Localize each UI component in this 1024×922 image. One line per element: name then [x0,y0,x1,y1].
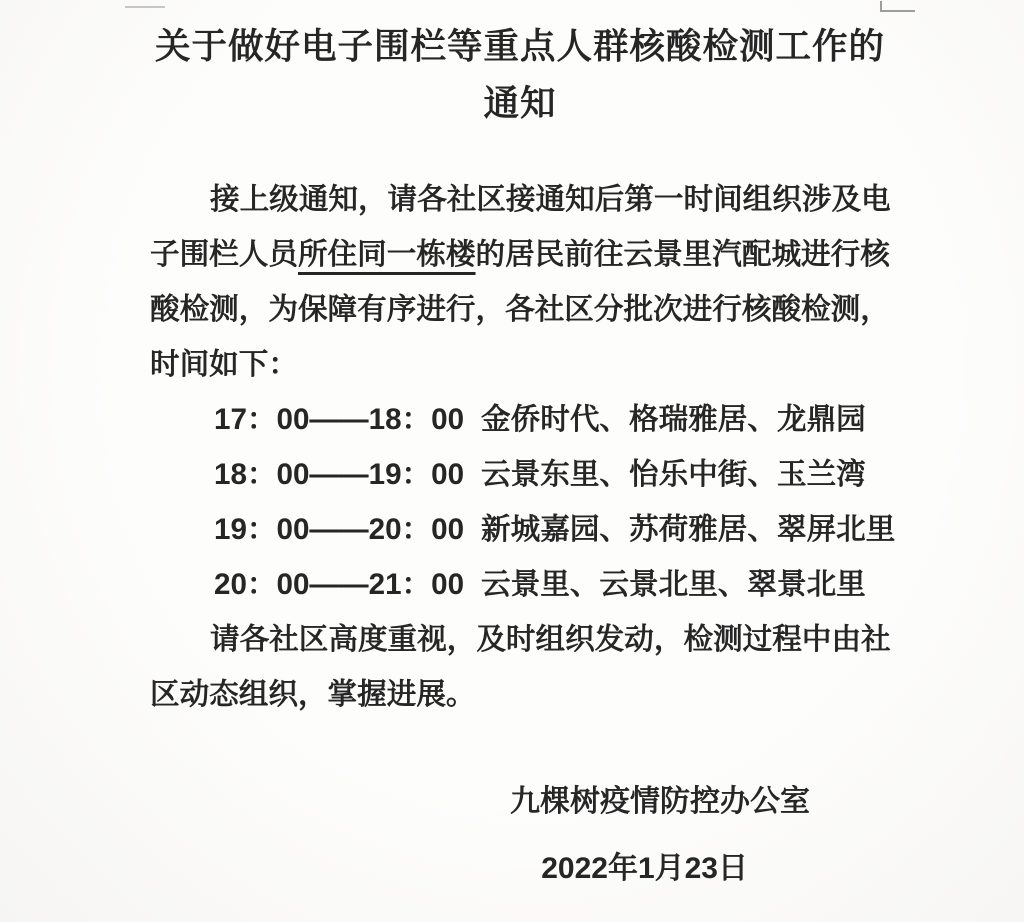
schedule-time: 20：00——21：00 [214,568,464,601]
signature: 九棵树疫情防控办公室 [0,774,1024,829]
schedule-time: 19：00——20：00 [214,513,464,546]
paragraph1-line2-post: 的居民前往云景里汽配城进行核 [476,238,890,271]
notice-title-line1: 关于做好电子围栏等重点人群核酸检测工作的 [150,18,890,75]
notice-title-line2: 通知 [150,75,890,132]
paragraph1-line2: 子围栏人员所住同一栋楼的居民前往云景里汽配城进行核 [150,227,890,282]
underlined-phrase: 所住同一栋楼 [298,238,476,271]
page-boundary-mark-top-right-icon [880,1,915,12]
schedule-row: 18：00——19：00云景东里、怡乐中街、玉兰湾 [150,447,890,502]
schedule-places: 新城嘉园、苏荷雅居、翠屏北里 [481,513,895,546]
schedule-row: 17：00——18：00金侨时代、格瑞雅居、龙鼎园 [150,392,890,447]
schedule-places: 金侨时代、格瑞雅居、龙鼎园 [481,403,866,436]
paragraph1-line4: 时间如下： [150,337,890,392]
schedule-places: 云景里、云景北里、翠景北里 [481,568,866,601]
paragraph2-line1: 请各社区高度重视，及时组织发动，检测过程中由社 [150,612,890,667]
schedule-time: 18：00——19：00 [214,458,464,491]
schedule-row: 20：00——21：00云景里、云景北里、翠景北里 [150,557,890,612]
paragraph1-line2-pre: 子围栏人员 [150,238,298,271]
schedule-row: 19：00——20：00新城嘉园、苏荷雅居、翠屏北里 [150,502,890,557]
paragraph1-line1: 接上级通知，请各社区接通知后第一时间组织涉及电 [150,172,890,227]
date: 2022年1月23日 [0,841,1024,896]
paragraph2-line2: 区动态组织，掌握进展。 [150,667,890,722]
notice-title: 关于做好电子围栏等重点人群核酸检测工作的 通知 [150,18,890,132]
paragraph1-line3: 酸检测，为保障有序进行，各社区分批次进行核酸检测， [150,282,890,337]
schedule-time: 17：00——18：00 [214,403,464,436]
page-boundary-mark-top-left-icon [125,6,165,16]
notice-document: 关于做好电子围栏等重点人群核酸检测工作的 通知 接上级通知，请各社区接通知后第一… [0,0,1024,922]
schedule-places: 云景东里、怡乐中街、玉兰湾 [481,458,866,491]
notice-body: 接上级通知，请各社区接通知后第一时间组织涉及电 子围栏人员所住同一栋楼的居民前往… [150,172,890,722]
